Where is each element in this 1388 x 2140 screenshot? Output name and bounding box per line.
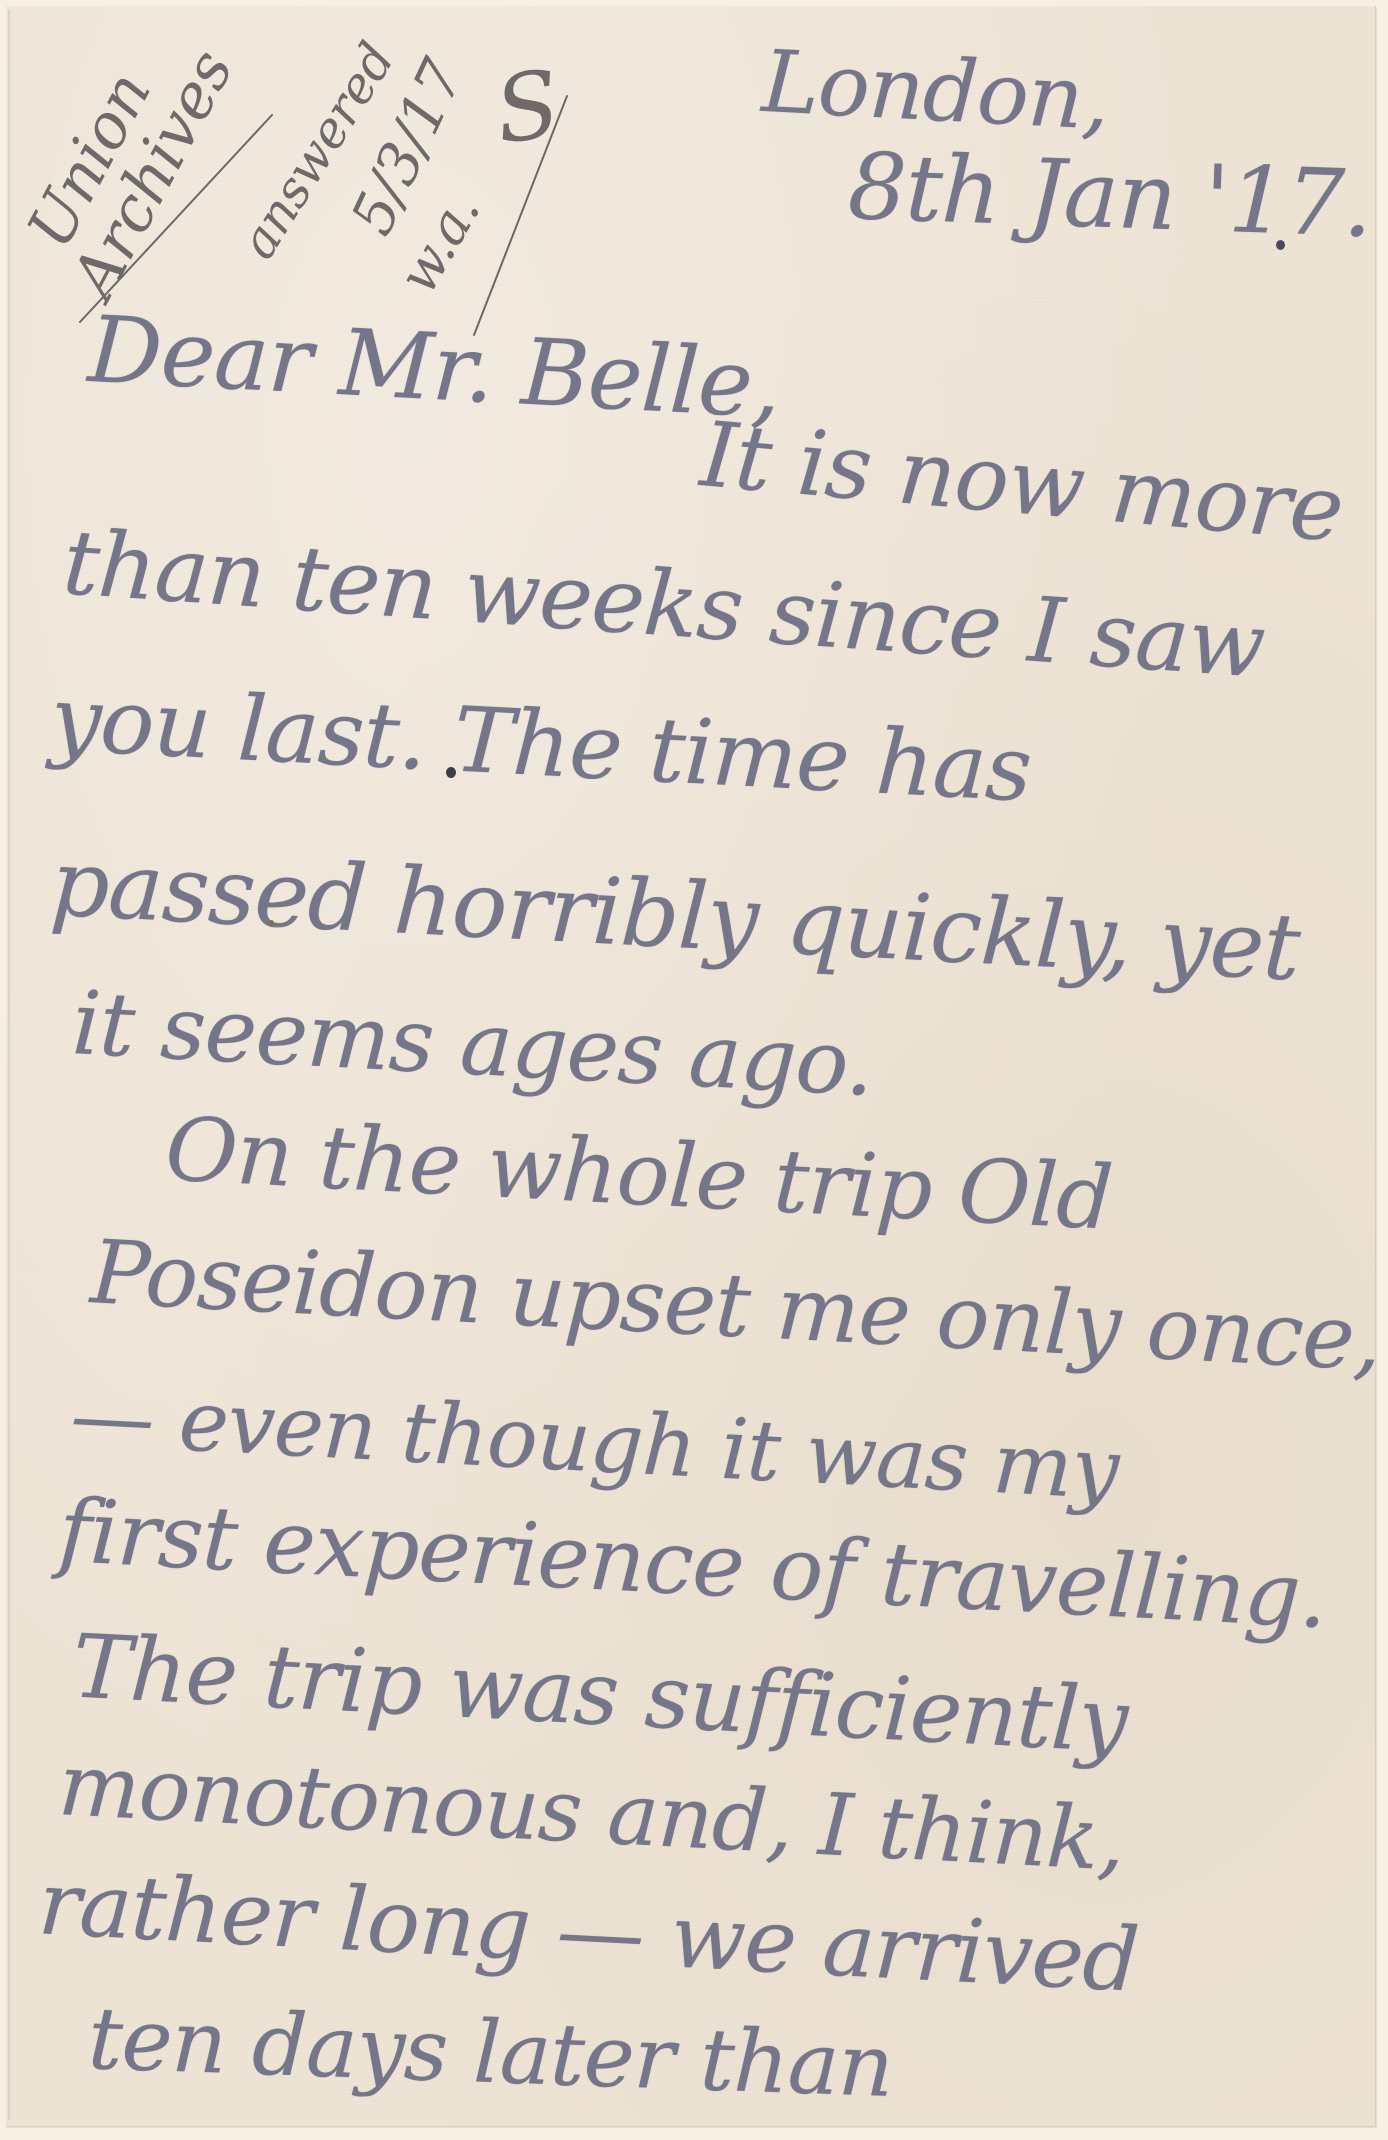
date-period-dot bbox=[1276, 240, 1285, 250]
ink-dot bbox=[446, 767, 456, 778]
paper-fold-edge bbox=[8, 10, 11, 2120]
letter-date: 8th Jan '17. bbox=[847, 141, 1374, 251]
ink-blot bbox=[269, 920, 274, 926]
body-line-13: ten days later than bbox=[87, 1996, 894, 2110]
letter-place: London, bbox=[760, 39, 1111, 143]
flourish-mark: S bbox=[490, 58, 565, 158]
letter-scan: Union Archives answered 5/3/17 w.a. S Lo… bbox=[0, 0, 1388, 2140]
